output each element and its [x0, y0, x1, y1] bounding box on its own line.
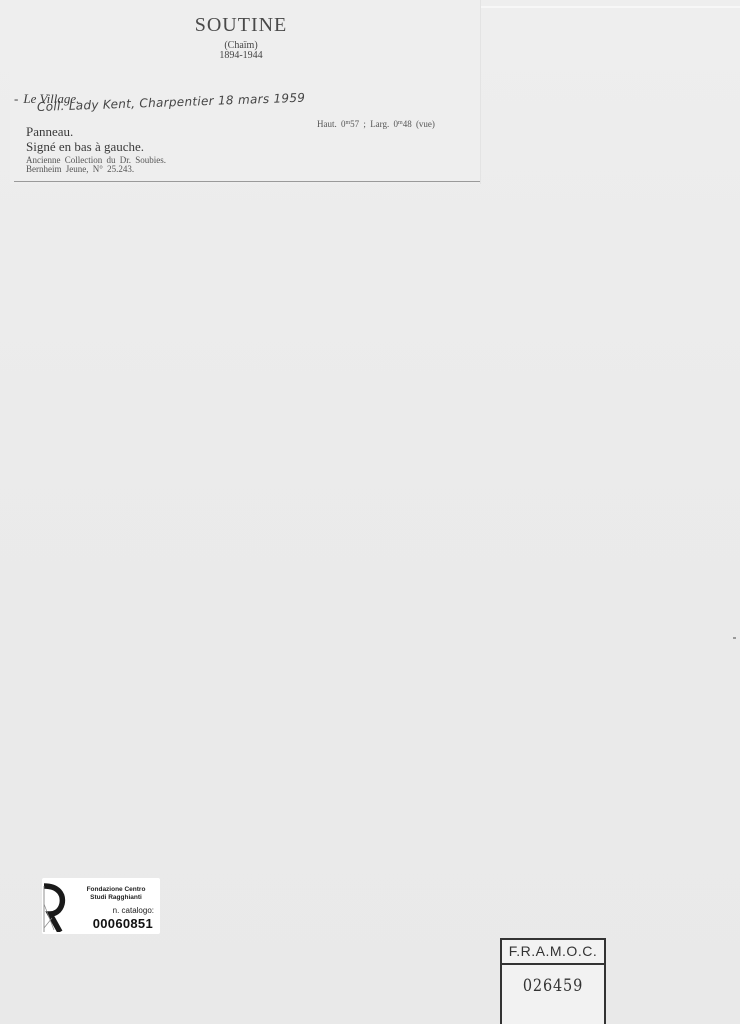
height-value: 0m57	[341, 119, 359, 129]
height-label: Haut.	[317, 119, 337, 129]
clipping-divider	[14, 181, 480, 182]
dimension-separator: ;	[363, 119, 366, 129]
framoc-header: F.R.A.M.O.C.	[502, 940, 604, 965]
width-label: Larg.	[370, 119, 389, 129]
catalog-organization: Fondazione Centro Studi Ragghianti	[74, 886, 158, 902]
catalog-number: 00060851	[93, 916, 153, 931]
framoc-stamp: F.R.A.M.O.C. 026459	[500, 938, 606, 1024]
artwork-dimensions: Haut. 0m57 ; Larg. 0m48 (vue)	[317, 119, 435, 129]
artist-dates: 1894-1944	[10, 50, 472, 61]
catalog-label: Fondazione Centro Studi Ragghianti n. ca…	[42, 878, 160, 934]
catalog-caption: n. catalogo:	[113, 906, 154, 915]
artwork-medium: Panneau.	[26, 124, 73, 140]
archive-sheet: SOUTINE (Chaïm) 1894-1944 -Le Village. C…	[0, 0, 740, 1024]
ragghianti-r-logo-icon	[42, 882, 72, 932]
framoc-number: 026459	[510, 976, 597, 996]
entry-dash: -	[14, 91, 18, 106]
width-value: 0m48	[394, 119, 412, 129]
catalogue-clipping: SOUTINE (Chaïm) 1894-1944 -Le Village. C…	[10, 0, 481, 184]
artist-surname: SOUTINE	[10, 14, 472, 37]
signature-note: Signé en bas à gauche.	[26, 139, 144, 155]
paper-mark	[733, 637, 736, 639]
dimension-note: (vue)	[416, 119, 435, 129]
dealer-note: Bernheim Jeune, N° 25.243.	[26, 164, 134, 174]
